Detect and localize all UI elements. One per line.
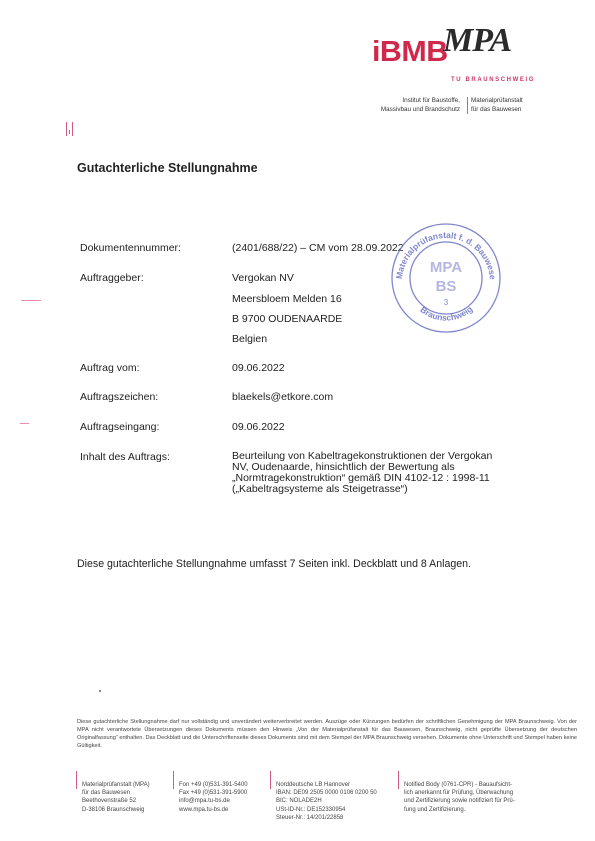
footer-bank: Norddeutsche LB Hannover IBAN: DE09 2505… <box>270 781 406 822</box>
label-client: Auftraggeber: <box>80 272 144 284</box>
value-client-street: Meersbloem Melden 16 <box>232 293 342 305</box>
label-document-number: Dokumentennummer: <box>80 242 181 254</box>
page-title: Gutachterliche Stellungnahme <box>77 161 258 175</box>
footer-divider <box>173 771 174 789</box>
footer-address: Materialprüfanstalt (MPA) für das Bauwes… <box>76 781 178 814</box>
value-order-reference: blaekels@etkore.com <box>232 391 333 403</box>
footer-divider <box>76 771 77 789</box>
value-order-received: 09.06.2022 <box>232 421 285 433</box>
label-order-content: Inhalt des Auftrags: <box>80 451 170 463</box>
fold-marks <box>66 122 74 136</box>
footer-divider <box>270 771 271 789</box>
mpa-logo: MPA <box>443 24 511 58</box>
value-client-city: B 9700 OUDENAARDE <box>232 313 342 325</box>
label-order-reference: Auftragszeichen: <box>80 391 158 403</box>
institute-name-left: Institut für Baustoffe, Massivbau und Br… <box>374 97 460 114</box>
label-order-received: Auftragseingang: <box>80 421 159 433</box>
fold-mark <box>20 423 29 424</box>
logo-subtitle: TU BRAUNSCHWEIG <box>451 77 535 83</box>
punch-mark <box>21 300 41 301</box>
label-order-date: Auftrag vom: <box>80 362 140 374</box>
value-client-name: Vergokan NV <box>232 272 294 284</box>
footer-divider <box>398 771 399 789</box>
value-client-country: Belgien <box>232 333 267 345</box>
disclaimer-text: Diese gutachterliche Stellungnahme darf … <box>77 718 577 750</box>
ibmb-logo: iBMB <box>372 38 448 67</box>
scan-artifact <box>99 690 101 692</box>
stamp-center-number: 3 <box>444 298 449 307</box>
value-document-number: (2401/688/22) – CM vom 28.09.2022 <box>232 242 404 254</box>
stamp-center-bs: BS <box>436 278 457 295</box>
official-stamp: Materialprüfanstalt f. d. Bauwesen Braun… <box>388 220 504 336</box>
footer-certification: Notified Body (0761-CPR) - Bauaufsicht- … <box>398 781 544 814</box>
stamp-center-mpa: MPA <box>430 259 462 276</box>
institute-name-right: Materialprüfanstalt für das Bauwesen <box>467 97 523 114</box>
value-order-content: Beurteilung von Kabeltragekonstruktionen… <box>232 451 532 495</box>
value-order-date: 09.06.2022 <box>232 362 285 374</box>
page-count-summary: Diese gutachterliche Stellungnahme umfas… <box>77 558 471 570</box>
